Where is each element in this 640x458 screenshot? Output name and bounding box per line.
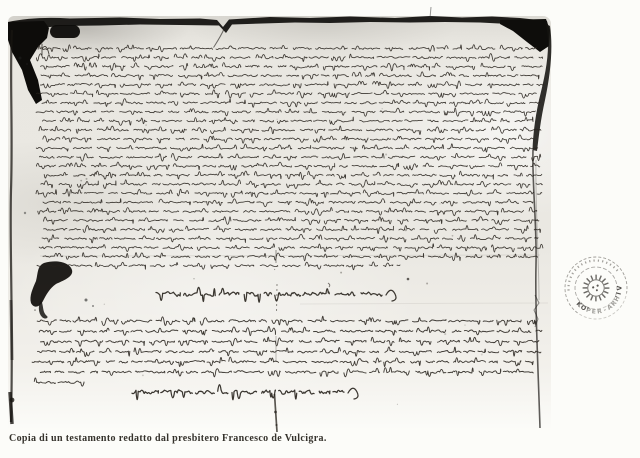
svg-text:V: V bbox=[616, 285, 623, 290]
manuscript-artwork: VIHRA-REPOK bbox=[0, 0, 640, 458]
ink-blot bbox=[30, 261, 409, 318]
torn-left-edge bbox=[10, 30, 27, 424]
archive-stamp-icon: VIHRA-REPOK bbox=[551, 246, 640, 337]
torn-top-edge bbox=[8, 7, 550, 104]
caption: Copia di un testamento redatto dal presb… bbox=[9, 433, 569, 444]
handwriting-text-layer bbox=[32, 44, 543, 400]
paper-speckles bbox=[34, 61, 483, 405]
scanned-book-page: VIHRA-REPOK Copia di un testamento redat… bbox=[0, 0, 640, 458]
